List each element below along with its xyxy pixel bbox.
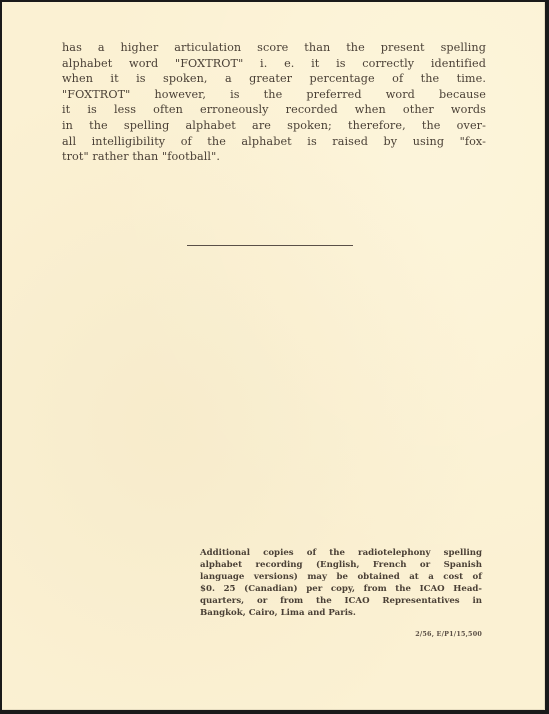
footnote-line: quarters, or from the ICAO Representativ… (200, 595, 482, 607)
body-line: alphabet word "FOXTROT" i. e. it is corr… (62, 56, 486, 72)
footnote-line: language versions) may be obtained at a … (200, 571, 482, 583)
body-line: has a higher articulation score than the… (62, 40, 486, 56)
footnote-paragraph: Additional copies of the radiotelephony … (200, 547, 482, 620)
reference-code: 2/56, E/P1/15,500 (402, 630, 482, 638)
footnote-line: $0. 25 (Canadian) per copy, from the ICA… (200, 583, 482, 595)
document-page: has a higher articulation score than the… (2, 2, 545, 710)
body-line: "FOXTROT" however, is the preferred word… (62, 87, 486, 103)
section-divider (187, 245, 353, 246)
body-line: in the spelling alphabet are spoken; the… (62, 118, 486, 134)
body-paragraph: has a higher articulation score than the… (62, 40, 486, 165)
footnote-line: Additional copies of the radiotelephony … (200, 547, 482, 559)
body-line: when it is spoken, a greater percentage … (62, 71, 486, 87)
footnote-line: alphabet recording (English, French or S… (200, 559, 482, 571)
body-line: it is less often erroneously recorded wh… (62, 102, 486, 118)
footnote-line: Bangkok, Cairo, Lima and Paris. (200, 607, 482, 619)
body-line: trot" rather than "football". (62, 149, 486, 165)
body-line: all intelligibility of the alphabet is r… (62, 134, 486, 150)
